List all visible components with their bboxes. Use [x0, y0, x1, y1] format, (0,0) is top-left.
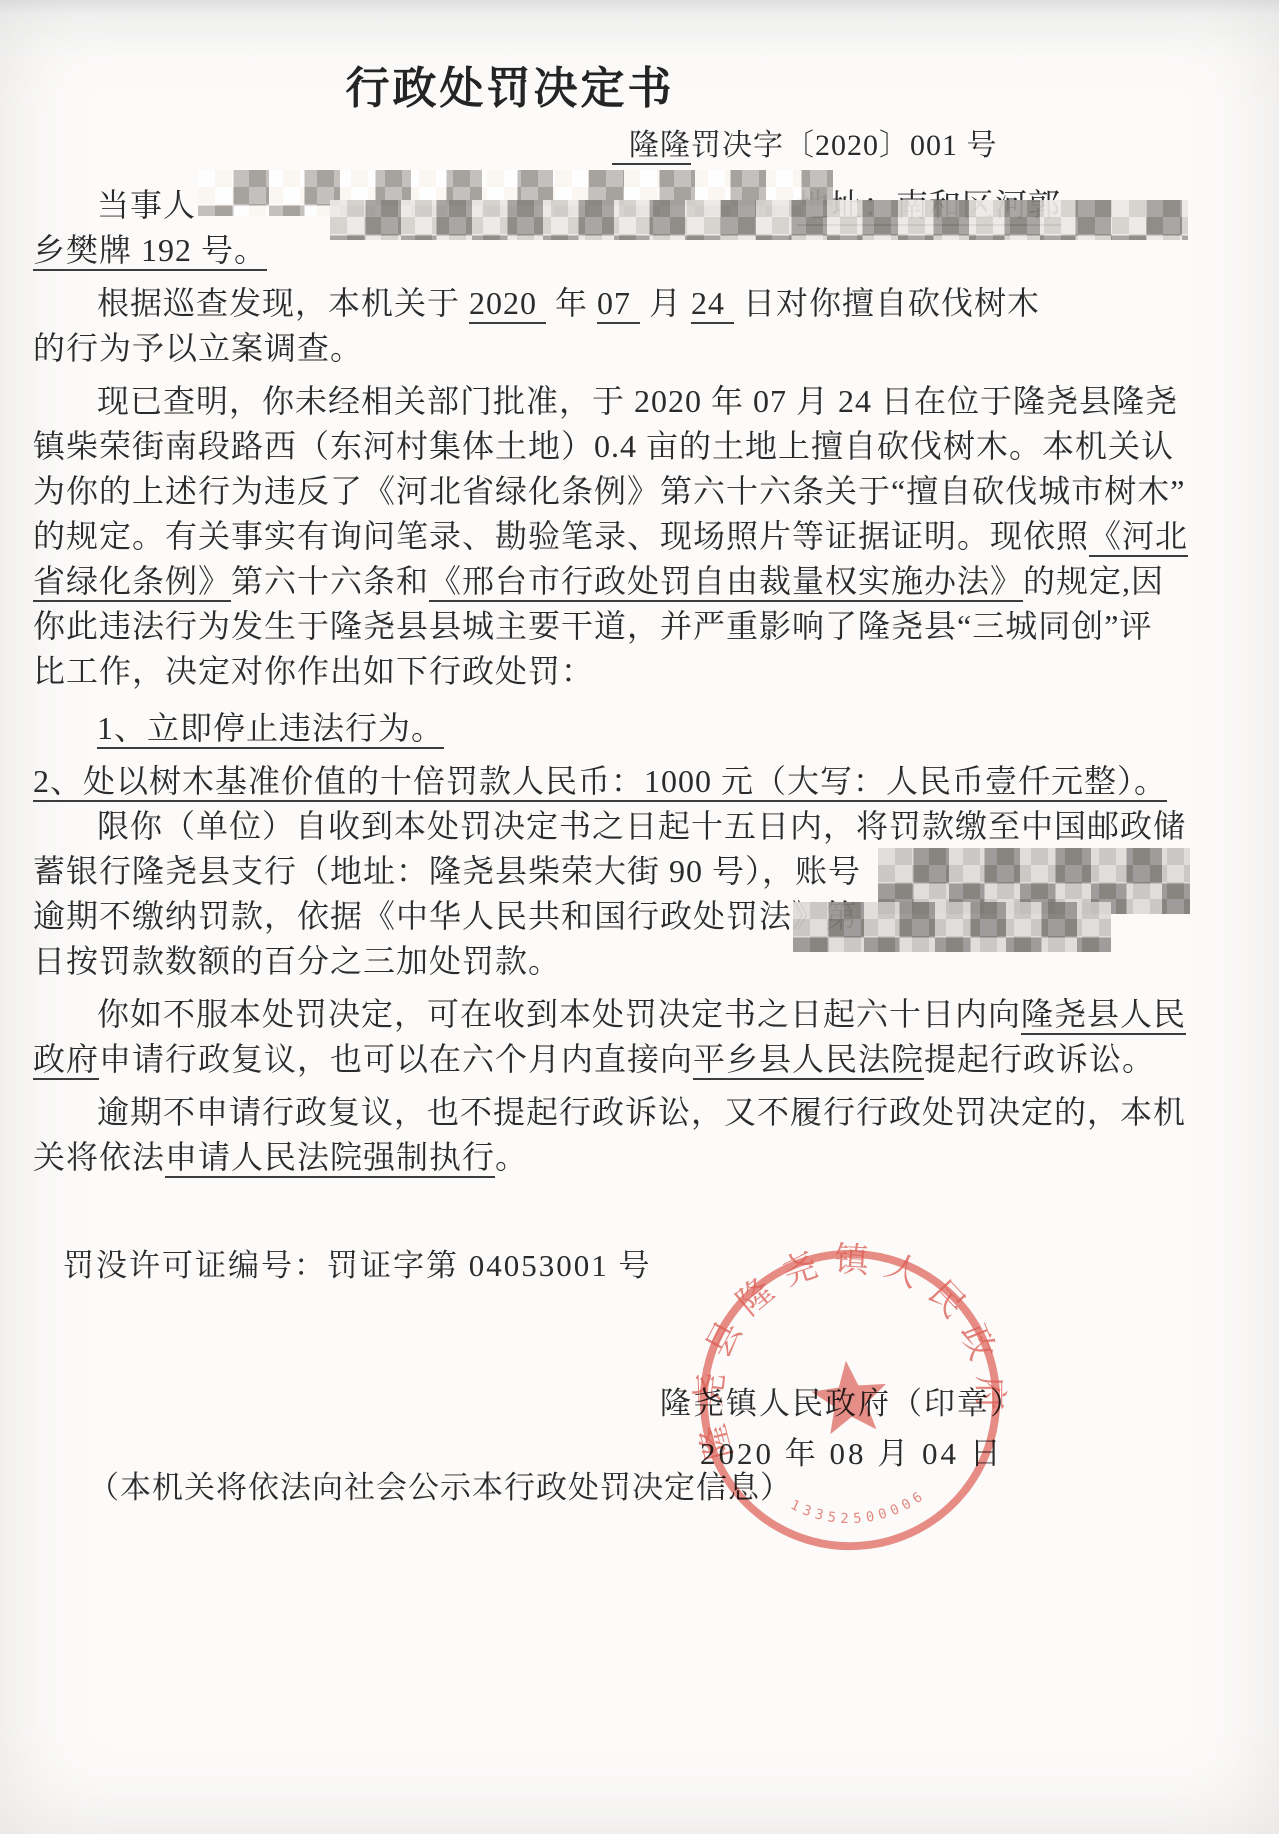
text-run: 根据巡查发现，本机关于	[97, 285, 469, 321]
underlined-text: 平乡县人民法院	[693, 1041, 924, 1080]
public-disclosure-note: （本机关将依法向社会公示本行政处罚决定信息）	[88, 1462, 792, 1507]
text-run: 月	[640, 285, 691, 321]
underlined-text: 2020	[469, 285, 546, 324]
seal-star-icon	[809, 1357, 891, 1436]
text-run: 日对你擅自砍伐树木	[734, 285, 1040, 321]
doc-line: 2、处以树木基准价值的十倍罚款人民币：1000 元（大写：人民币壹仟元整）。	[33, 759, 1243, 804]
underlined-text: 申请人民法院强制执行	[165, 1139, 495, 1178]
text-run: 限你（单位）自收到本处罚决定书之日起十五日内，将罚款缴至中国邮政储	[97, 808, 1186, 844]
text-run: 关将依法	[33, 1139, 165, 1175]
doc-line: 省绿化条例》第六十六条和《邢台市行政处罚自由裁量权实施办法》的规定,因	[33, 559, 1243, 604]
doc-line: 你如不服本处罚决定，可在收到本处罚决定书之日起六十日内向隆尧县人民	[33, 992, 1243, 1037]
doc-line: 现已查明，你未经相关部门批准，于 2020 年 07 月 24 日在位于隆尧县隆…	[33, 379, 1243, 424]
doc-line: 的行为予以立案调查。	[33, 326, 1243, 371]
document-title: 行政处罚决定书	[0, 52, 1020, 116]
underlined-text: 1、立即停止违法行为。	[97, 710, 444, 749]
text-run: 你如不服本处罚决定，可在收到本处罚决定书之日起六十日内向	[97, 996, 1021, 1032]
doc-line: 比工作，决定对你作出如下行政处罚：	[33, 649, 1243, 694]
underlined-text: 政府	[33, 1041, 99, 1080]
doc-line: 1、立即停止违法行为。	[33, 706, 1243, 751]
redaction-mosaic-law-article	[793, 902, 1111, 952]
doc-line: 限你（单位）自收到本处罚决定书之日起十五日内，将罚款缴至中国邮政储	[33, 804, 1243, 849]
license-number-line: 罚没许可证编号：罚证字第 04053001 号	[63, 1240, 652, 1285]
underlined-text: 07	[597, 285, 640, 324]
underlined-text: 隆尧县人民	[1021, 996, 1186, 1035]
seal-ring-text: 隆尧县隆尧镇人民政府	[676, 1226, 1014, 1464]
text-run: 。	[495, 1139, 528, 1175]
doc-line: 关将依法申请人民法院强制执行。	[33, 1135, 1243, 1180]
underlined-text: 《河北	[1089, 518, 1188, 557]
text-run: 的规定,因	[1023, 563, 1164, 599]
text-run: 现已查明，你未经相关部门批准，于 2020 年 07 月 24 日在位于隆尧县隆…	[97, 383, 1178, 419]
text-run: 为你的上述行为违反了《河北省绿化条例》第六十六条关于“擅自砍伐城市树木”	[33, 473, 1185, 509]
underlined-text: 乡樊牌 192 号。	[33, 232, 267, 271]
text-run: 逾期不申请行政复议，也不提起行政诉讼，又不履行行政处罚决定的，本机	[97, 1094, 1186, 1130]
text-run: 逾期不缴纳罚款，依据《中华人民共和国行政处罚法》第	[33, 898, 858, 934]
underlined-text: 省绿化条例》	[33, 563, 231, 602]
text-run: 罚决字〔2020〕001 号	[691, 129, 998, 162]
doc-line: 你此违法行为发生于隆尧县县城主要干道，并严重影响了隆尧县“三城同创”评	[33, 604, 1243, 649]
text-run: 你此违法行为发生于隆尧县县城主要干道，并严重影响了隆尧县“三城同创”评	[33, 608, 1152, 644]
underlined-text: 隆隆	[612, 129, 691, 165]
text-run: 的规定。有关事实有询问笔录、勘验笔录、现场照片等证据证明。现依照	[33, 518, 1089, 554]
text-run: 的行为予以立案调查。	[33, 330, 363, 366]
redaction-mosaic-party-name-row2	[330, 200, 1188, 240]
text-run: 提起行政诉讼。	[924, 1041, 1155, 1077]
underlined-text: 2、处以树木基准价值的十倍罚款人民币：1000 元（大写：人民币壹仟元整）。	[33, 763, 1167, 802]
underlined-text: 《邢台市行政处罚自由裁量权实施办法》	[429, 563, 1023, 602]
text-run: 比工作，决定对你作出如下行政处罚：	[33, 653, 594, 689]
doc-line: 逾期不申请行政复议，也不提起行政诉讼，又不履行行政处罚决定的，本机	[33, 1090, 1243, 1135]
text-run: 日按罚款数额的百分之三加处罚款。	[33, 943, 561, 979]
doc-line: 根据巡查发现，本机关于 2020 年 07 月 24 日对你擅自砍伐树木	[33, 281, 1243, 326]
text-run: 年	[546, 285, 597, 321]
text-run: 镇柴荣街南段路西（东河村集体土地）0.4 亩的土地上擅自砍伐树木。本机关认	[33, 428, 1174, 464]
text-run: 第六十六条和	[231, 563, 429, 599]
document-body: 当事人 地址：南和区河郭乡樊牌 192 号。根据巡查发现，本机关于 2020 年…	[33, 175, 1243, 1180]
text-run: 蓄银行隆尧县支行（地址：隆尧县柴荣大街 90 号），账号	[33, 853, 861, 889]
doc-line: 镇柴荣街南段路西（东河村集体土地）0.4 亩的土地上擅自砍伐树木。本机关认	[33, 424, 1243, 469]
doc-line: 为你的上述行为违反了《河北省绿化条例》第六十六条关于“擅自砍伐城市树木”	[33, 469, 1243, 514]
doc-line: 的规定。有关事实有询问笔录、勘验笔录、现场照片等证据证明。现依照《河北	[33, 514, 1243, 559]
document-number: 隆隆罚决字〔2020〕001 号	[612, 120, 998, 164]
text-run: 申请行政复议，也可以在六个月内直接向	[99, 1041, 693, 1077]
underlined-text: 24	[691, 285, 734, 324]
scanned-document-page: 行政处罚决定书 隆隆罚决字〔2020〕001 号 当事人 地址：南和区河郭乡樊牌…	[0, 0, 1279, 1834]
doc-line: 政府申请行政复议，也可以在六个月内直接向平乡县人民法院提起行政诉讼。	[33, 1037, 1243, 1082]
official-seal: 隆尧县隆尧镇人民政府 1335250000637	[676, 1226, 1023, 1573]
text-run: 当事人	[97, 187, 205, 223]
